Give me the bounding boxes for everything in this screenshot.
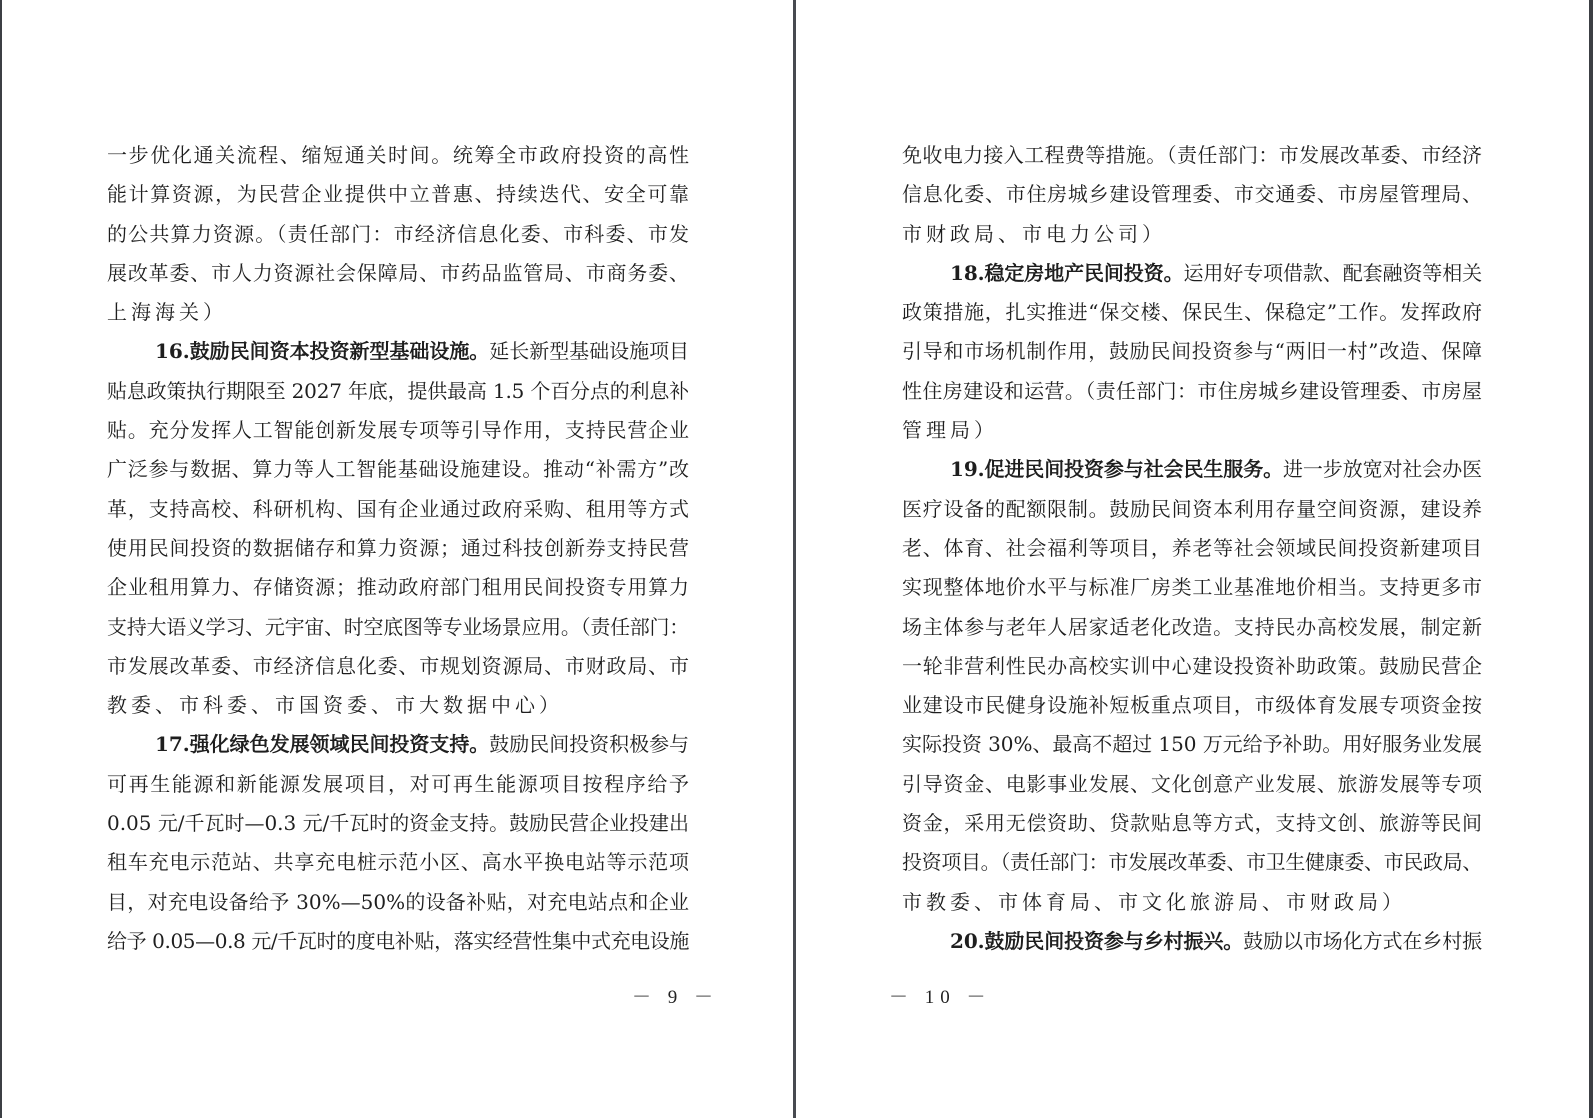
line-text: 实际投资 30%、最高不超过 150 万元给予补助。用好服务业发展: [902, 732, 1482, 756]
text-line: 企业租用算力、存储资源；推动政府部门租用民间投资专用算力: [107, 568, 689, 607]
section-heading: 19.促进民间投资参与社会民生服务。: [950, 457, 1283, 481]
line-text: 信息化委、市住房城乡建设管理委、市交通委、市房屋管理局、: [902, 182, 1482, 206]
line-text: 企业租用算力、存储资源；推动政府部门租用民间投资专用算力: [107, 575, 689, 599]
text-line: 贴。充分发挥人工智能创新发展专项等引导作用，支持民营企业: [107, 411, 689, 450]
text-line: 实际投资 30%、最高不超过 150 万元给予补助。用好服务业发展: [902, 725, 1482, 764]
text-line: 上海海关）: [107, 293, 689, 332]
text-line: 管理局）: [902, 411, 1482, 450]
line-text: 引导和市场机制作用，鼓励民间投资参与“两旧一村”改造、保障: [902, 339, 1482, 363]
line-text: 0.05 元/千瓦时—0.3 元/千瓦时的资金支持。鼓励民营企业投建出: [107, 811, 689, 835]
text-line: 政策措施，扎实推进“保交楼、保民生、保稳定”工作。发挥政府: [902, 293, 1482, 332]
line-text: 使用民间投资的数据储存和算力资源；通过科技创新券支持民营: [107, 536, 689, 560]
line-text: 革，支持高校、科研机构、国有企业通过政府采购、租用等方式: [107, 497, 689, 521]
text-line: 广泛参与数据、算力等人工智能基础设施建设。推动“补需方”改: [107, 450, 689, 489]
line-text: 延长新型基础设施项目: [489, 339, 689, 363]
line-text: 一轮非营利性民办高校实训中心建设投资补助政策。鼓励民营企: [902, 654, 1482, 678]
text-line: 投资项目。（责任部门：市发展改革委、市卫生健康委、市民政局、: [902, 843, 1482, 882]
section-heading: 16.鼓励民间资本投资新型基础设施。: [155, 339, 489, 363]
text-line: 实现整体地价水平与标准厂房类工业基准地价相当。支持更多市: [902, 568, 1482, 607]
text-line: 引导和市场机制作用，鼓励民间投资参与“两旧一村”改造、保障: [902, 332, 1482, 371]
text-line: 17.强化绿色发展领域民间投资支持。鼓励民间投资积极参与: [107, 725, 689, 764]
text-line: 给予 0.05—0.8 元/千瓦时的度电补贴，落实经营性集中式充电设施: [107, 922, 689, 961]
text-line: 引导资金、电影事业发展、文化创意产业发展、旅游发展等专项: [902, 765, 1482, 804]
line-text: 性住房建设和运营。（责任部门：市住房城乡建设管理委、市房屋: [902, 379, 1482, 403]
section-heading: 17.强化绿色发展领域民间投资支持。: [155, 732, 489, 756]
line-text: 的公共算力资源。（责任部门：市经济信息化委、市科委、市发: [107, 222, 689, 246]
section-heading: 18.稳定房地产民间投资。: [950, 261, 1184, 285]
line-text: 场主体参与老年人居家适老化改造。支持民办高校发展，制定新: [902, 615, 1482, 639]
line-text: 鼓励民间投资积极参与: [489, 732, 689, 756]
viewer-right-edge: [1589, 0, 1593, 1118]
text-line: 20.鼓励民间投资参与乡村振兴。鼓励以市场化方式在乡村振: [902, 922, 1482, 961]
line-text: 可再生能源和新能源发展项目，对可再生能源项目按程序给予: [107, 772, 689, 796]
text-line: 19.促进民间投资参与社会民生服务。进一步放宽对社会办医: [902, 450, 1482, 489]
text-line: 的公共算力资源。（责任部门：市经济信息化委、市科委、市发: [107, 215, 689, 254]
text-line: 目，对充电设备给予 30%—50%的设备补贴，对充电站点和企业: [107, 883, 689, 922]
document-page-10: 免收电力接入工程费等措施。（责任部门：市发展改革委、市经济信息化委、市住房城乡建…: [796, 0, 1589, 1118]
text-line: 18.稳定房地产民间投资。运用好专项借款、配套融资等相关: [902, 254, 1482, 293]
text-line: 16.鼓励民间资本投资新型基础设施。延长新型基础设施项目: [107, 332, 689, 371]
line-text: 资金，采用无偿资助、贷款贴息等方式，支持文创、旅游等民间: [902, 811, 1482, 835]
text-line: 租车充电示范站、共享充电桩示范小区、高水平换电站等示范项: [107, 843, 689, 882]
line-text: 一步优化通关流程、缩短通关时间。统筹全市政府投资的高性: [107, 143, 689, 167]
text-line: 革，支持高校、科研机构、国有企业通过政府采购、租用等方式: [107, 490, 689, 529]
page-9-body: 一步优化通关流程、缩短通关时间。统筹全市政府投资的高性能计算资源，为民营企业提供…: [107, 136, 689, 961]
line-text: 市财政局、市电力公司）: [902, 222, 1166, 246]
text-line: 场主体参与老年人居家适老化改造。支持民办高校发展，制定新: [902, 608, 1482, 647]
text-line: 教委、市科委、市国资委、市大数据中心）: [107, 686, 689, 725]
line-text: 进一步放宽对社会办医: [1283, 457, 1482, 481]
line-text: 政策措施，扎实推进“保交楼、保民生、保稳定”工作。发挥政府: [902, 300, 1482, 324]
text-line: 能计算资源，为民营企业提供中立普惠、持续迭代、安全可靠: [107, 175, 689, 214]
text-line: 免收电力接入工程费等措施。（责任部门：市发展改革委、市经济: [902, 136, 1482, 175]
line-text: 实现整体地价水平与标准厂房类工业基准地价相当。支持更多市: [902, 575, 1482, 599]
line-text: 租车充电示范站、共享充电桩示范小区、高水平换电站等示范项: [107, 850, 689, 874]
line-text: 贴。充分发挥人工智能创新发展专项等引导作用，支持民营企业: [107, 418, 689, 442]
text-line: 业建设市民健身设施补短板重点项目，市级体育发展专项资金按: [902, 686, 1482, 725]
text-line: 一步优化通关流程、缩短通关时间。统筹全市政府投资的高性: [107, 136, 689, 175]
line-text: 广泛参与数据、算力等人工智能基础设施建设。推动“补需方”改: [107, 457, 689, 481]
line-text: 教委、市科委、市国资委、市大数据中心）: [107, 693, 563, 717]
text-line: 贴息政策执行期限至 2027 年底，提供最高 1.5 个百分点的利息补: [107, 372, 689, 411]
line-text: 投资项目。（责任部门：市发展改革委、市卫生健康委、市民政局、: [902, 850, 1482, 874]
line-text: 上海海关）: [107, 300, 227, 324]
text-line: 可再生能源和新能源发展项目，对可再生能源项目按程序给予: [107, 765, 689, 804]
line-text: 市发展改革委、市经济信息化委、市规划资源局、市财政局、市: [107, 654, 689, 678]
line-text: 目，对充电设备给予 30%—50%的设备补贴，对充电站点和企业: [107, 890, 689, 914]
text-line: 一轮非营利性民办高校实训中心建设投资补助政策。鼓励民营企: [902, 647, 1482, 686]
line-text: 业建设市民健身设施补短板重点项目，市级体育发展专项资金按: [902, 693, 1482, 717]
line-text: 展改革委、市人力资源社会保障局、市药品监管局、市商务委、: [107, 261, 689, 285]
line-text: 给予 0.05—0.8 元/千瓦时的度电补贴，落实经营性集中式充电设施: [107, 929, 689, 953]
line-text: 引导资金、电影事业发展、文化创意产业发展、旅游发展等专项: [902, 772, 1482, 796]
page-number: － 9 －: [632, 982, 719, 1009]
text-line: 老、体育、社会福利等项目，养老等社会领域民间投资新建项目: [902, 529, 1482, 568]
line-text: 免收电力接入工程费等措施。（责任部门：市发展改革委、市经济: [902, 143, 1482, 167]
text-line: 支持大语义学习、元宇宙、时空底图等专业场景应用。（责任部门：: [107, 608, 689, 647]
line-text: 支持大语义学习、元宇宙、时空底图等专业场景应用。（责任部门：: [107, 615, 689, 639]
text-line: 市发展改革委、市经济信息化委、市规划资源局、市财政局、市: [107, 647, 689, 686]
page-number: － 10 －: [889, 982, 992, 1009]
line-text: 市教委、市体育局、市文化旅游局、市财政局）: [902, 890, 1406, 914]
text-line: 使用民间投资的数据储存和算力资源；通过科技创新券支持民营: [107, 529, 689, 568]
text-line: 信息化委、市住房城乡建设管理委、市交通委、市房屋管理局、: [902, 175, 1482, 214]
line-text: 能计算资源，为民营企业提供中立普惠、持续迭代、安全可靠: [107, 182, 689, 206]
text-line: 市财政局、市电力公司）: [902, 215, 1482, 254]
text-line: 0.05 元/千瓦时—0.3 元/千瓦时的资金支持。鼓励民营企业投建出: [107, 804, 689, 843]
line-text: 鼓励以市场化方式在乡村振: [1243, 929, 1482, 953]
line-text: 医疗设备的配额限制。鼓励民间资本利用存量空间资源，建设养: [902, 497, 1482, 521]
line-text: 老、体育、社会福利等项目，养老等社会领域民间投资新建项目: [902, 536, 1482, 560]
text-line: 资金，采用无偿资助、贷款贴息等方式，支持文创、旅游等民间: [902, 804, 1482, 843]
text-line: 性住房建设和运营。（责任部门：市住房城乡建设管理委、市房屋: [902, 372, 1482, 411]
line-text: 运用好专项借款、配套融资等相关: [1184, 261, 1483, 285]
line-text: 管理局）: [902, 418, 998, 442]
text-line: 市教委、市体育局、市文化旅游局、市财政局）: [902, 883, 1482, 922]
document-page-9: 一步优化通关流程、缩短通关时间。统筹全市政府投资的高性能计算资源，为民营企业提供…: [2, 0, 793, 1118]
line-text: 贴息政策执行期限至 2027 年底，提供最高 1.5 个百分点的利息补: [107, 379, 689, 403]
page-10-body: 免收电力接入工程费等措施。（责任部门：市发展改革委、市经济信息化委、市住房城乡建…: [902, 136, 1482, 961]
text-line: 医疗设备的配额限制。鼓励民间资本利用存量空间资源，建设养: [902, 490, 1482, 529]
text-line: 展改革委、市人力资源社会保障局、市药品监管局、市商务委、: [107, 254, 689, 293]
section-heading: 20.鼓励民间投资参与乡村振兴。: [950, 929, 1243, 953]
